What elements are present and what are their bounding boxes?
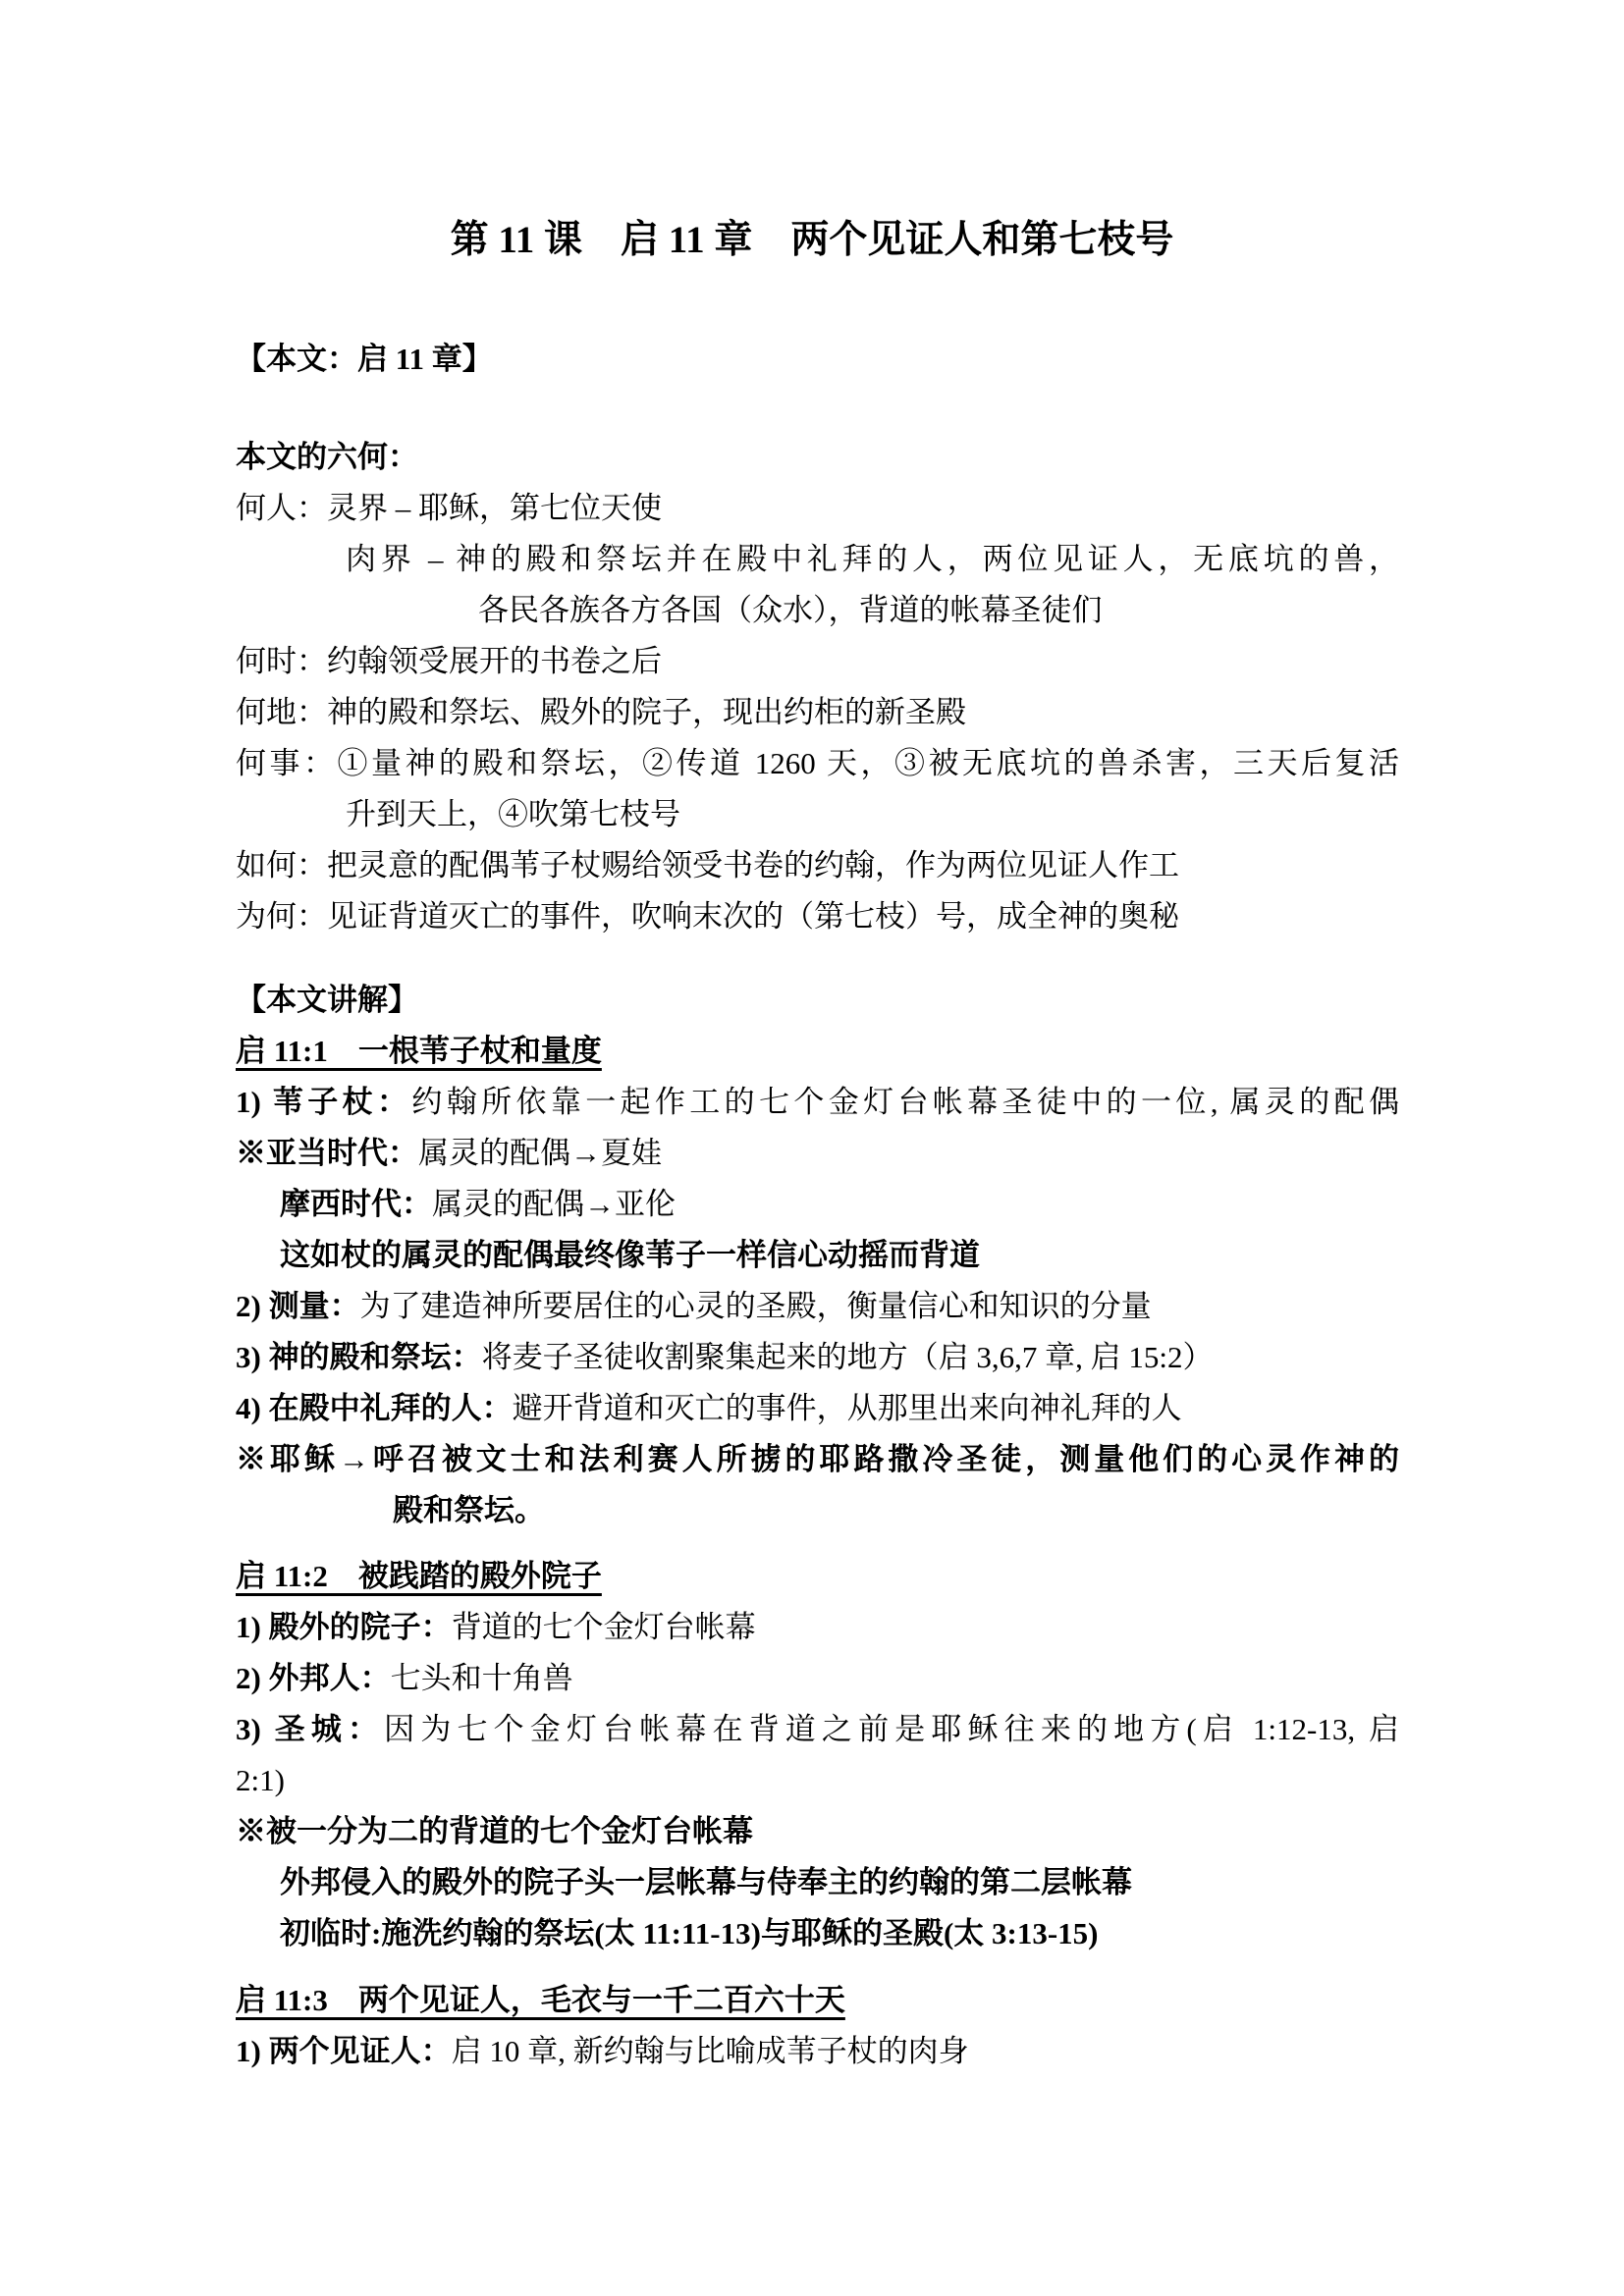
- six-he-line-how: 如何：把灵意的配偶苇子杖赐给领受书卷的约翰，作为两位见证人作工: [236, 840, 1595, 891]
- six-he-section: 本文的六何： 何人：灵界 – 耶稣，第七位天使 肉界 – 神的殿和祭坛并在殿中礼…: [236, 432, 1595, 942]
- rev-11-2-section: 启 11:2 被践踏的殿外院子 1) 殿外的院子：背道的七个金灯台帐幕 2) 外…: [236, 1551, 1595, 1959]
- page-title: 第 11 课 启 11 章 两个见证人和第七枝号: [0, 212, 1624, 269]
- holy-city-item-cont: 2:1): [236, 1755, 1595, 1806]
- six-he-line-who-flesh: 肉界 – 神的殿和祭坛并在殿中礼拜的人，两位见证人，无底坑的兽，: [236, 534, 1399, 585]
- scripture-ref-header: 【本文：启 11 章】: [236, 334, 1595, 385]
- rev-11-1-heading: 启 11:1 一根苇子杖和量度: [236, 1026, 1595, 1077]
- explanation-header: 【本文讲解】: [236, 975, 1595, 1026]
- divided-tabernacle-note: ※被一分为二的背道的七个金灯台帐幕: [236, 1806, 1595, 1857]
- explanation-section: 【本文讲解】 启 11:1 一根苇子杖和量度 1) 苇子杖：约翰所依靠一起作工的…: [236, 975, 1595, 1536]
- first-coming-note: 初临时:施洗约翰的祭坛(太 11:11-13)与耶稣的圣殿(太 3:13-15): [236, 1908, 1595, 1959]
- document-page: 第 11 课 启 11 章 两个见证人和第七枝号 【本文：启 11 章】 本文的…: [0, 0, 1624, 2296]
- outer-court-item: 1) 殿外的院子：背道的七个金灯台帐幕: [236, 1602, 1595, 1653]
- two-witnesses-item: 1) 两个见证人：启 10 章, 新约翰与比喻成苇子杖的肉身: [236, 2026, 1595, 2077]
- six-he-line-where: 何地：神的殿和祭坛、殿外的院子，现出约柜的新圣殿: [236, 687, 1595, 738]
- six-he-line-why: 为何：见证背道灭亡的事件，吹响末次的（第七枝）号，成全神的奥秘: [236, 891, 1595, 942]
- jesus-calling-note-cont: 殿和祭坛。: [236, 1485, 1595, 1536]
- holy-city-item: 3) 圣城：因为七个金灯台帐幕在背道之前是耶稣往来的地方(启 1:12-13, …: [236, 1704, 1399, 1755]
- six-he-line-who-flesh-cont: 各民各族各方各国（众水），背道的帐幕圣徒们: [236, 585, 1595, 636]
- gentile-invasion-note: 外邦侵入的殿外的院子头一层帐幕与侍奉主的约翰的第二层帐幕: [236, 1857, 1595, 1908]
- six-he-line-what-cont: 升到天上，④吹第七枝号: [236, 789, 1595, 840]
- moses-era-note: 摩西时代：属灵的配偶→亚伦: [236, 1179, 1595, 1230]
- apostasy-note: 这如杖的属灵的配偶最终像苇子一样信心动摇而背道: [236, 1230, 1595, 1281]
- rev-11-3-heading: 启 11:3 两个见证人，毛衣与一千二百六十天: [236, 1975, 1595, 2026]
- gentiles-item: 2) 外邦人：七头和十角兽: [236, 1653, 1595, 1704]
- six-he-line-what: 何事：①量神的殿和祭坛，②传道 1260 天，③被无底坑的兽杀害，三天后复活: [236, 738, 1399, 789]
- jesus-calling-note: ※耶稣→呼召被文士和法利赛人所掳的耶路撒冷圣徒，测量他们的心灵作神的: [236, 1434, 1399, 1485]
- temple-altar-item: 3) 神的殿和祭坛：将麦子圣徒收割聚集起来的地方（启 3,6,7 章, 启 15…: [236, 1332, 1595, 1383]
- rev-11-2-heading: 启 11:2 被践踏的殿外院子: [236, 1551, 1595, 1602]
- document-content: 第 11 课 启 11 章 两个见证人和第七枝号 【本文：启 11 章】 本文的…: [0, 212, 1624, 2077]
- reed-staff-item: 1) 苇子杖：约翰所依靠一起作工的七个金灯台帐幕圣徒中的一位, 属灵的配偶: [236, 1077, 1399, 1128]
- adam-era-note: ※亚当时代：属灵的配偶→夏娃: [236, 1128, 1595, 1179]
- worshippers-item: 4) 在殿中礼拜的人：避开背道和灭亡的事件，从那里出来向神礼拜的人: [236, 1383, 1595, 1434]
- measuring-item: 2) 测量：为了建造神所要居住的心灵的圣殿，衡量信心和知识的分量: [236, 1281, 1595, 1332]
- six-he-heading: 本文的六何：: [236, 432, 1595, 483]
- rev-11-3-section: 启 11:3 两个见证人，毛衣与一千二百六十天 1) 两个见证人：启 10 章,…: [236, 1975, 1595, 2077]
- six-he-line-when: 何时：约翰领受展开的书卷之后: [236, 636, 1595, 687]
- six-he-line-who-spirit: 何人：灵界 – 耶稣，第七位天使: [236, 483, 1595, 534]
